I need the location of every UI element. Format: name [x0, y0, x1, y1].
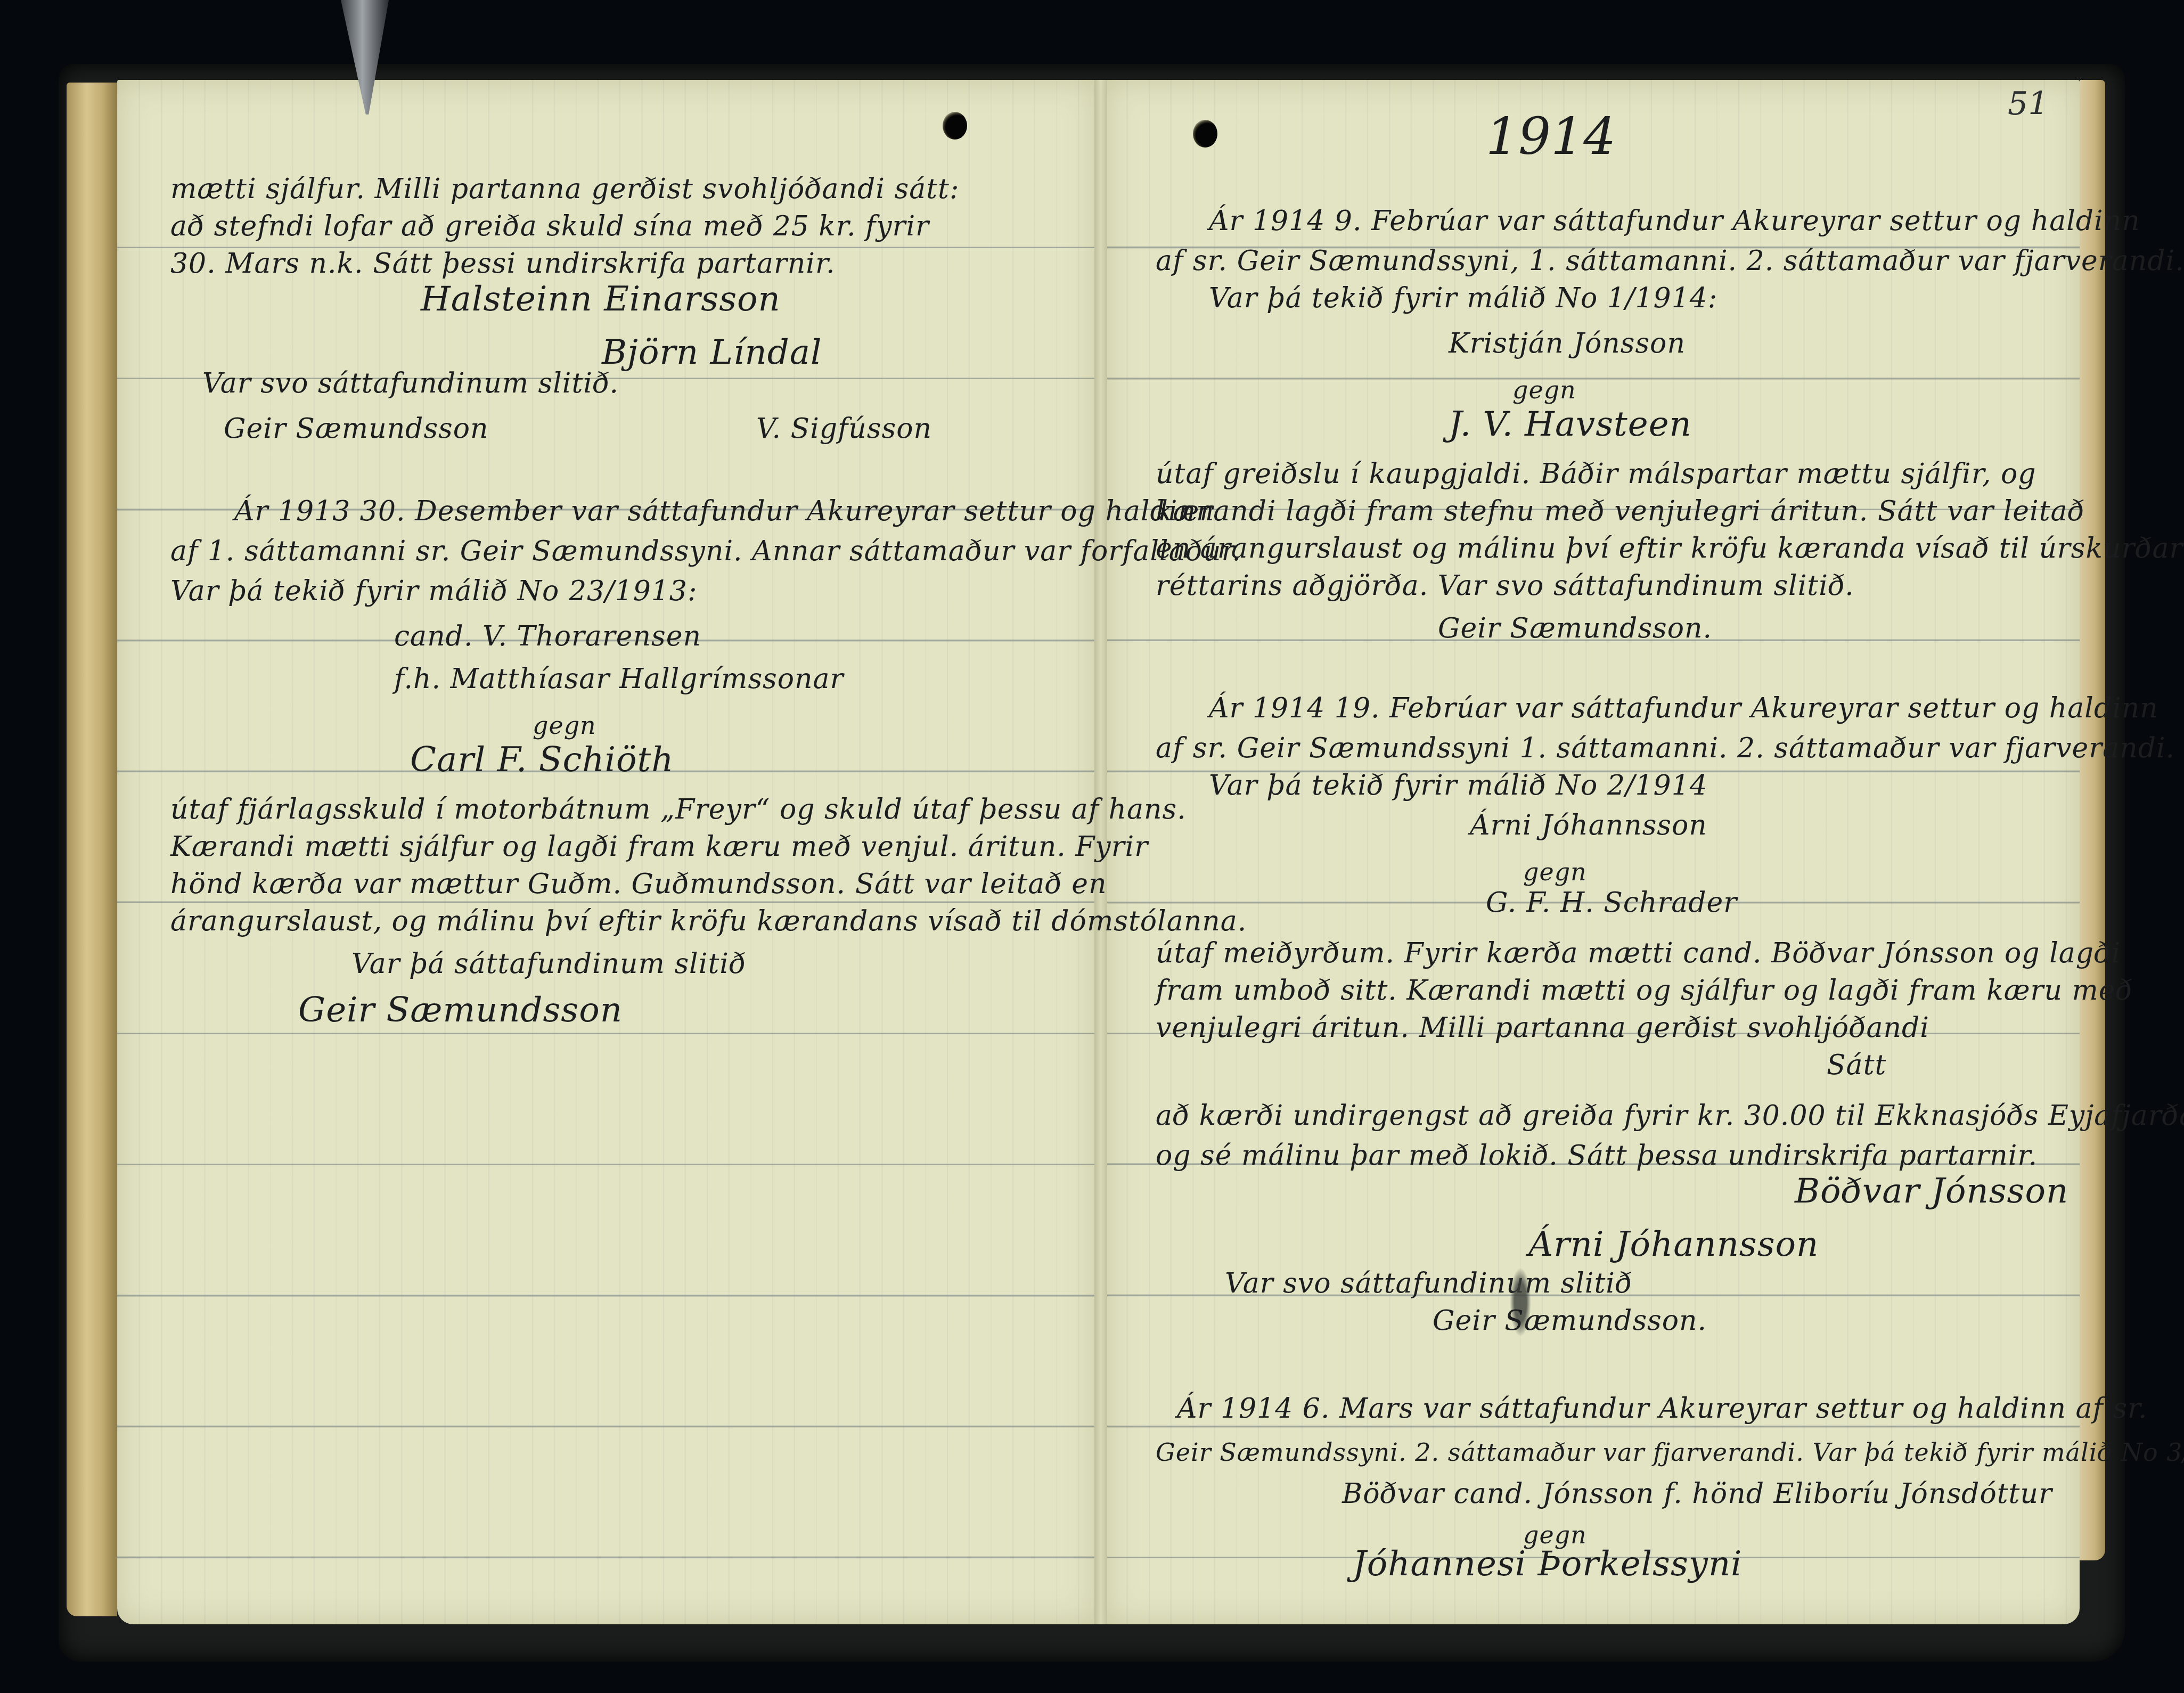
plaintiff-1914-2: Árni Jóhannsson — [1470, 809, 1707, 841]
entry-1913-line-1: Ár 1913 30. Desember var sáttafundur Aku… — [234, 495, 1214, 527]
page-number: 51 — [2008, 85, 2048, 122]
entry-1913-line-3: Var þá tekið fyrir málið No 23/1913: — [170, 575, 697, 607]
entry-1913-body-4: árangurslaust, og málinu því eftir kröfu… — [170, 905, 1247, 937]
versus-label-1914-1: gegn — [1512, 375, 1576, 404]
plaintiff-1914-1: Kristján Jónsson — [1449, 328, 1686, 359]
signature-party-1: Halsteinn Einarsson — [421, 280, 781, 319]
entry-1914-2-closing: Var svo sáttafundinum slitið — [1225, 1267, 1632, 1299]
entry-1914-1-body-4: réttarins aðgjörða. Var svo sáttafundinu… — [1156, 570, 1854, 602]
page-stack-right — [2080, 80, 2105, 1560]
left-continuation-line-2: að stefndi lofar að greiða skuld sína me… — [170, 210, 929, 242]
entry-1914-1-body-1: útaf greiðslu í kaupgjaldi. Báðir málspa… — [1156, 458, 2036, 490]
entry-1913-official: Geir Sæmundsson — [298, 991, 623, 1030]
entry-1914-1-line-3: Var þá tekið fyrir málið No 1/1914: — [1209, 282, 1717, 314]
entry-1914-3-line-2: Geir Sæmundssyni. 2. sáttamaður var fjar… — [1156, 1438, 2184, 1467]
versus-label-1914-2: gegn — [1523, 857, 1587, 886]
entry-1914-2-body-2: fram umboð sitt. Kærandi mætti og sjálfu… — [1156, 975, 2133, 1007]
entry-1914-2-body-3: venjulegri áritun. Milli partanna gerðis… — [1156, 1012, 1929, 1044]
entry-1914-3-line-1: Ár 1914 6. Mars var sáttafundur Akureyra… — [1177, 1393, 2148, 1425]
punch-hole-right — [1193, 120, 1217, 148]
defendant-1914-3: Jóhannesi Þorkelssyni — [1353, 1544, 1743, 1584]
entry-1914-2-line-3: Var þá tekið fyrir málið No 2/1914 — [1209, 770, 1708, 801]
punch-hole-left — [943, 112, 967, 140]
entry-1914-1-line-2: af sr. Geir Sæmundssyni, 1. sáttamanni. … — [1156, 245, 2184, 277]
entry-1914-1-official: Geir Sæmundsson. — [1438, 612, 1712, 644]
defendant-1913: Carl F. Schiöth — [410, 740, 674, 780]
signature-party-2: Björn Líndal — [602, 333, 822, 372]
entry-1914-1-line-1: Ár 1914 9. Febrúar var sáttafundur Akure… — [1209, 205, 2140, 237]
settlement-line-1: að kærði undirgengst að greiða fyrir kr.… — [1156, 1100, 2184, 1132]
settlement-heading: Sátt — [1827, 1049, 1886, 1081]
left-continuation-line-3: 30. Mars n.k. Sátt þessi undirskrifa par… — [170, 248, 836, 280]
defendant-1914-2: G. F. H. Schrader — [1486, 887, 1737, 919]
entry-1914-3-line-3: Böðvar cand. Jónsson f. hönd Eliboríu Jó… — [1342, 1478, 2052, 1510]
versus-label-1913: gegn — [533, 711, 596, 740]
official-signature-1: Geir Sæmundsson — [224, 413, 489, 445]
signature-bodvar: Böðvar Jónsson — [1795, 1172, 2068, 1211]
entry-1914-2-official: Geir Sæmundsson. — [1433, 1305, 1707, 1337]
plaintiff-1913-line-2: f.h. Matthíasar Hallgrímssonar — [394, 663, 844, 695]
entry-1914-2-line-2: af sr. Geir Sæmundssyni 1. sáttamanni. 2… — [1156, 732, 2175, 764]
entry-1913-body-1: útaf fjárlagsskuld í motorbátnum „Freyr“… — [170, 794, 1187, 825]
left-closing-1: Var svo sáttafundinum slitið. — [202, 367, 619, 399]
plaintiff-1913-line-1: cand. V. Thorarensen — [394, 620, 701, 652]
signature-arni: Árni Jóhannsson — [1528, 1225, 1819, 1264]
defendant-1914-1: J. V. Havsteen — [1449, 405, 1692, 444]
entry-1913-line-2: af 1. sáttamanni sr. Geir Sæmundssyni. A… — [170, 535, 1241, 567]
entry-1913-closing: Var þá sáttafundinum slitið — [351, 948, 746, 980]
entry-1913-body-2: Kærandi mætti sjálfur og lagði fram kæru… — [170, 831, 1148, 863]
left-continuation-line-1: mætti sjálfur. Milli partanna gerðist sv… — [170, 173, 960, 205]
entry-1914-1-body-3: en árangurslaust og málinu því eftir krö… — [1156, 533, 2183, 565]
year-heading: 1914 — [1486, 107, 1616, 166]
entry-1914-1-body-2: kærandi lagði fram stefnu með venjulegri… — [1156, 495, 2085, 527]
page-stack-left — [67, 83, 117, 1616]
entry-1914-2-line-1: Ár 1914 19. Febrúar var sáttafundur Akur… — [1209, 692, 2158, 724]
settlement-line-2: og sé málinu þar með lokið. Sátt þessa u… — [1156, 1140, 2038, 1172]
entry-1913-body-3: hönd kærða var mættur Guðm. Guðmundsson.… — [170, 868, 1107, 900]
entry-1914-2-body-1: útaf meiðyrðum. Fyrir kærða mætti cand. … — [1156, 937, 2121, 969]
official-signature-2: V. Sigfússon — [756, 413, 932, 445]
